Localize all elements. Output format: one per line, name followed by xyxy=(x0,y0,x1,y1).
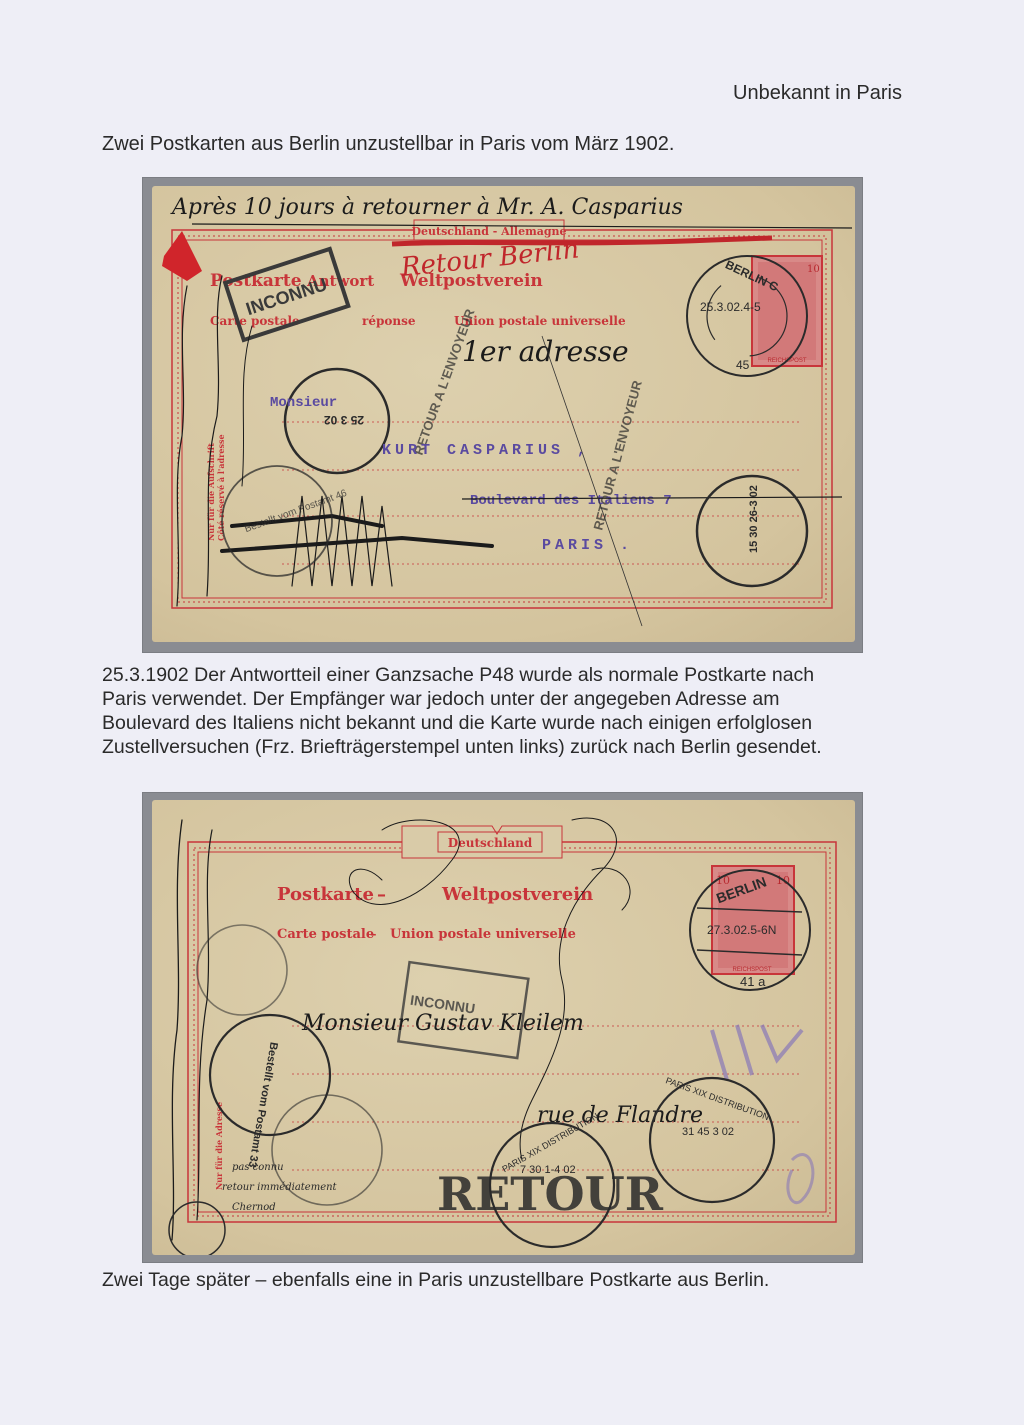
postcard-2-illustration: Deutschland Postkarte – Weltpostverein C… xyxy=(152,800,855,1255)
svg-text:31 45 3 02: 31 45 3 02 xyxy=(682,1126,734,1138)
country-banner: Deutschland xyxy=(448,836,533,850)
svg-text:Bestellt vom Postamt 46: Bestellt vom Postamt 46 xyxy=(243,488,348,535)
svg-text:retour immédiatement: retour immédiatement xyxy=(222,1182,338,1193)
svg-text:Bestellt vom Postamt 33: Bestellt vom Postamt 33 xyxy=(246,1041,280,1168)
postcard-2-image: Deutschland Postkarte – Weltpostverein C… xyxy=(152,800,855,1255)
svg-text:pas connu: pas connu xyxy=(232,1162,284,1173)
address-name: KURT CASPARIUS , xyxy=(382,442,590,459)
card-subtitle-right: Union postale universelle xyxy=(454,314,626,328)
postcard-1-image: Deutschland - Allemagne Postkarte Antwor… xyxy=(152,186,855,642)
address-street: Boulevard des Italiens 7 xyxy=(470,493,672,509)
svg-text:–: – xyxy=(370,927,377,942)
svg-text:RETOUR A L'ENVOYEUR: RETOUR A L'ENVOYEUR xyxy=(411,306,478,457)
address-line-1: Monsieur Gustav Kleilem xyxy=(301,1011,584,1036)
svg-text:41 a: 41 a xyxy=(740,974,766,989)
svg-text:Nur für die Aufschrift: Nur für die Aufschrift xyxy=(206,443,216,541)
exhibit-1-caption: 25.3.1902 Der Antwortteil einer Ganzsach… xyxy=(102,663,902,759)
handwritten-top-note: Après 10 jours à retourner à Mr. A. Casp… xyxy=(170,195,683,220)
svg-text:Nur für die Adresse: Nur für die Adresse xyxy=(214,1102,224,1190)
card-subtitle-mid: réponse xyxy=(362,314,416,328)
page-header: Unbekannt in Paris xyxy=(733,82,902,105)
svg-text:–: – xyxy=(377,884,386,905)
svg-text:25 3 02: 25 3 02 xyxy=(324,413,364,427)
svg-text:Carte postale: Carte postale xyxy=(277,927,374,942)
svg-text:Union postale universelle: Union postale universelle xyxy=(390,927,576,942)
svg-text:REICHSPOST: REICHSPOST xyxy=(732,967,771,973)
svg-text:Postkarte: Postkarte xyxy=(277,884,374,905)
svg-text:45: 45 xyxy=(736,358,750,372)
address-city: PARIS . xyxy=(542,537,633,554)
intro-text: Zwei Postkarten aus Berlin unzustellbar … xyxy=(102,133,674,156)
handwritten-1er-adresse: 1er adresse xyxy=(462,335,629,368)
berlin-cancel-date: 27.3.02.5-6N xyxy=(707,923,776,937)
address-salutation: Monsieur xyxy=(270,395,337,411)
svg-text:Weltpostverein: Weltpostverein xyxy=(441,884,593,905)
svg-text:10: 10 xyxy=(807,264,820,275)
country-banner: Deutschland - Allemagne xyxy=(411,225,566,238)
postcard-1-illustration: Deutschland - Allemagne Postkarte Antwor… xyxy=(152,186,855,642)
berlin-cancel-date: 25.3.02.4-5 xyxy=(700,300,761,314)
exhibit-2-caption: Zwei Tage später – ebenfalls eine in Par… xyxy=(102,1268,769,1292)
retour-stamp: RETOUR xyxy=(437,1167,664,1221)
svg-text:Chernod: Chernod xyxy=(232,1202,276,1213)
svg-text:Côté réservé à l'adresse: Côté réservé à l'adresse xyxy=(216,434,226,541)
svg-text:15 30 26-3 02: 15 30 26-3 02 xyxy=(748,485,760,553)
